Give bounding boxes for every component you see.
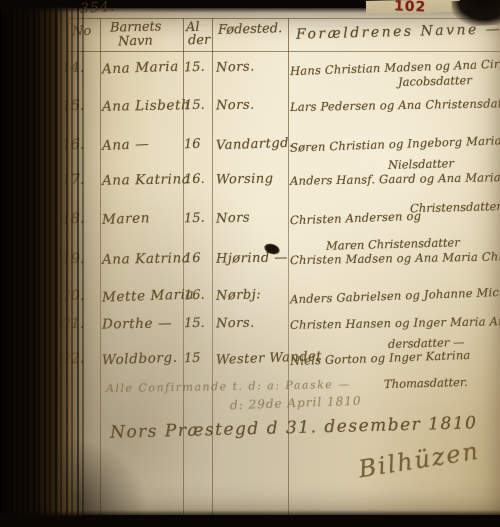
cell-age: 16. [184,172,205,187]
corner-shadow [58,438,148,515]
cell-name: Woldborg. [102,350,178,369]
cell-place: Nors. [216,59,255,75]
header-parents: Forældrenes Navne — [296,21,500,42]
cell-no: 17. [62,172,85,188]
cell-name: Ana Katrina [102,171,191,189]
cell-no: 20. [62,288,85,305]
register-page: No Barnets Navn Al der Fødested. Forældr… [58,8,500,515]
cell-place: Vandartgd. [216,136,294,154]
confirmation-note: Alle Confirmande t. d: a: Paaske — [106,378,351,395]
cell-place: Nors. [216,316,255,332]
cell-age: 15. [184,60,205,76]
cell-parents: Christen Madsen og Ana Maria Christd. [290,249,500,267]
column-rule-no [100,18,101,515]
cell-age: 15. [184,316,205,331]
cell-name: Ana Lisbeth [102,97,191,115]
cell-age: 15. [184,98,205,113]
cell-no: 15. [62,98,85,114]
cell-place: Worsing [216,171,274,187]
cell-no: 21. [62,316,85,332]
cell-age: 15 [184,351,201,367]
cell-parents: Anders Hansf. Gaard og Ana Maria [290,170,500,188]
header-no: No [72,24,92,39]
cell-no: 14. [62,60,85,77]
cell-age: 16 [184,137,201,153]
cell-name: Maren [102,210,151,228]
cell-parents: Lars Pedersen og Ana Christensdatter [290,96,500,114]
cell-no: 19. [62,251,85,267]
archive-page-stamp: 102 [394,0,427,16]
cell-age: 16. [184,288,205,304]
cell-name: Dorthe — [102,315,172,332]
cell-name: Ana Katrina [102,250,191,268]
cell-parents: Christen Hansen og Inger Maria An- [290,314,500,332]
cell-name: Mette Maria [102,286,195,305]
cell-name: Ana — [102,136,150,154]
column-rule-birthplace [288,18,289,515]
cell-parents-line2: Jacobsdatter [398,73,472,89]
cell-age: 16 [184,251,201,266]
cell-parents: Søren Christian og Ingeborg Maria [290,133,500,154]
column-rule-age [212,18,213,515]
attestation-line: Nors Præstegd d 31. desember 1810 [110,413,478,443]
cell-place: Nors. [216,98,255,114]
cell-no: 22. [62,351,85,368]
cell-place: Nørbj: [216,287,262,304]
priest-signature: Bilhüzen [357,437,482,484]
scanned-parish-register: { "page": { "folio_number": "354.", "sta… [0,0,500,527]
cell-parents: Anders Gabrielsen og Johanne Michelsdt. [290,284,500,307]
cell-no: 16. [62,137,85,154]
cell-name: Ana Maria [102,59,179,78]
header-bottom-rule [68,51,500,52]
cell-parents: Christen Andersen og [290,209,422,228]
cell-parents-line2: Christensdatter — [410,199,500,216]
confirmation-date: d: 29de April 1810 [230,394,362,413]
folio-number: 354. [79,0,115,17]
cell-parents-line2: Thomasdatter. [384,375,468,391]
cell-no: 18. [62,211,85,228]
header-birthplace: Fødested. [218,21,283,38]
table-top-rule [68,18,500,19]
cell-age: 15. [184,211,205,227]
header-name-line2: Navn [118,34,153,50]
cell-place: Nors [216,210,251,226]
header-age-line2: der [188,33,211,49]
cell-parents-line2: Nielsdatter [388,156,454,172]
